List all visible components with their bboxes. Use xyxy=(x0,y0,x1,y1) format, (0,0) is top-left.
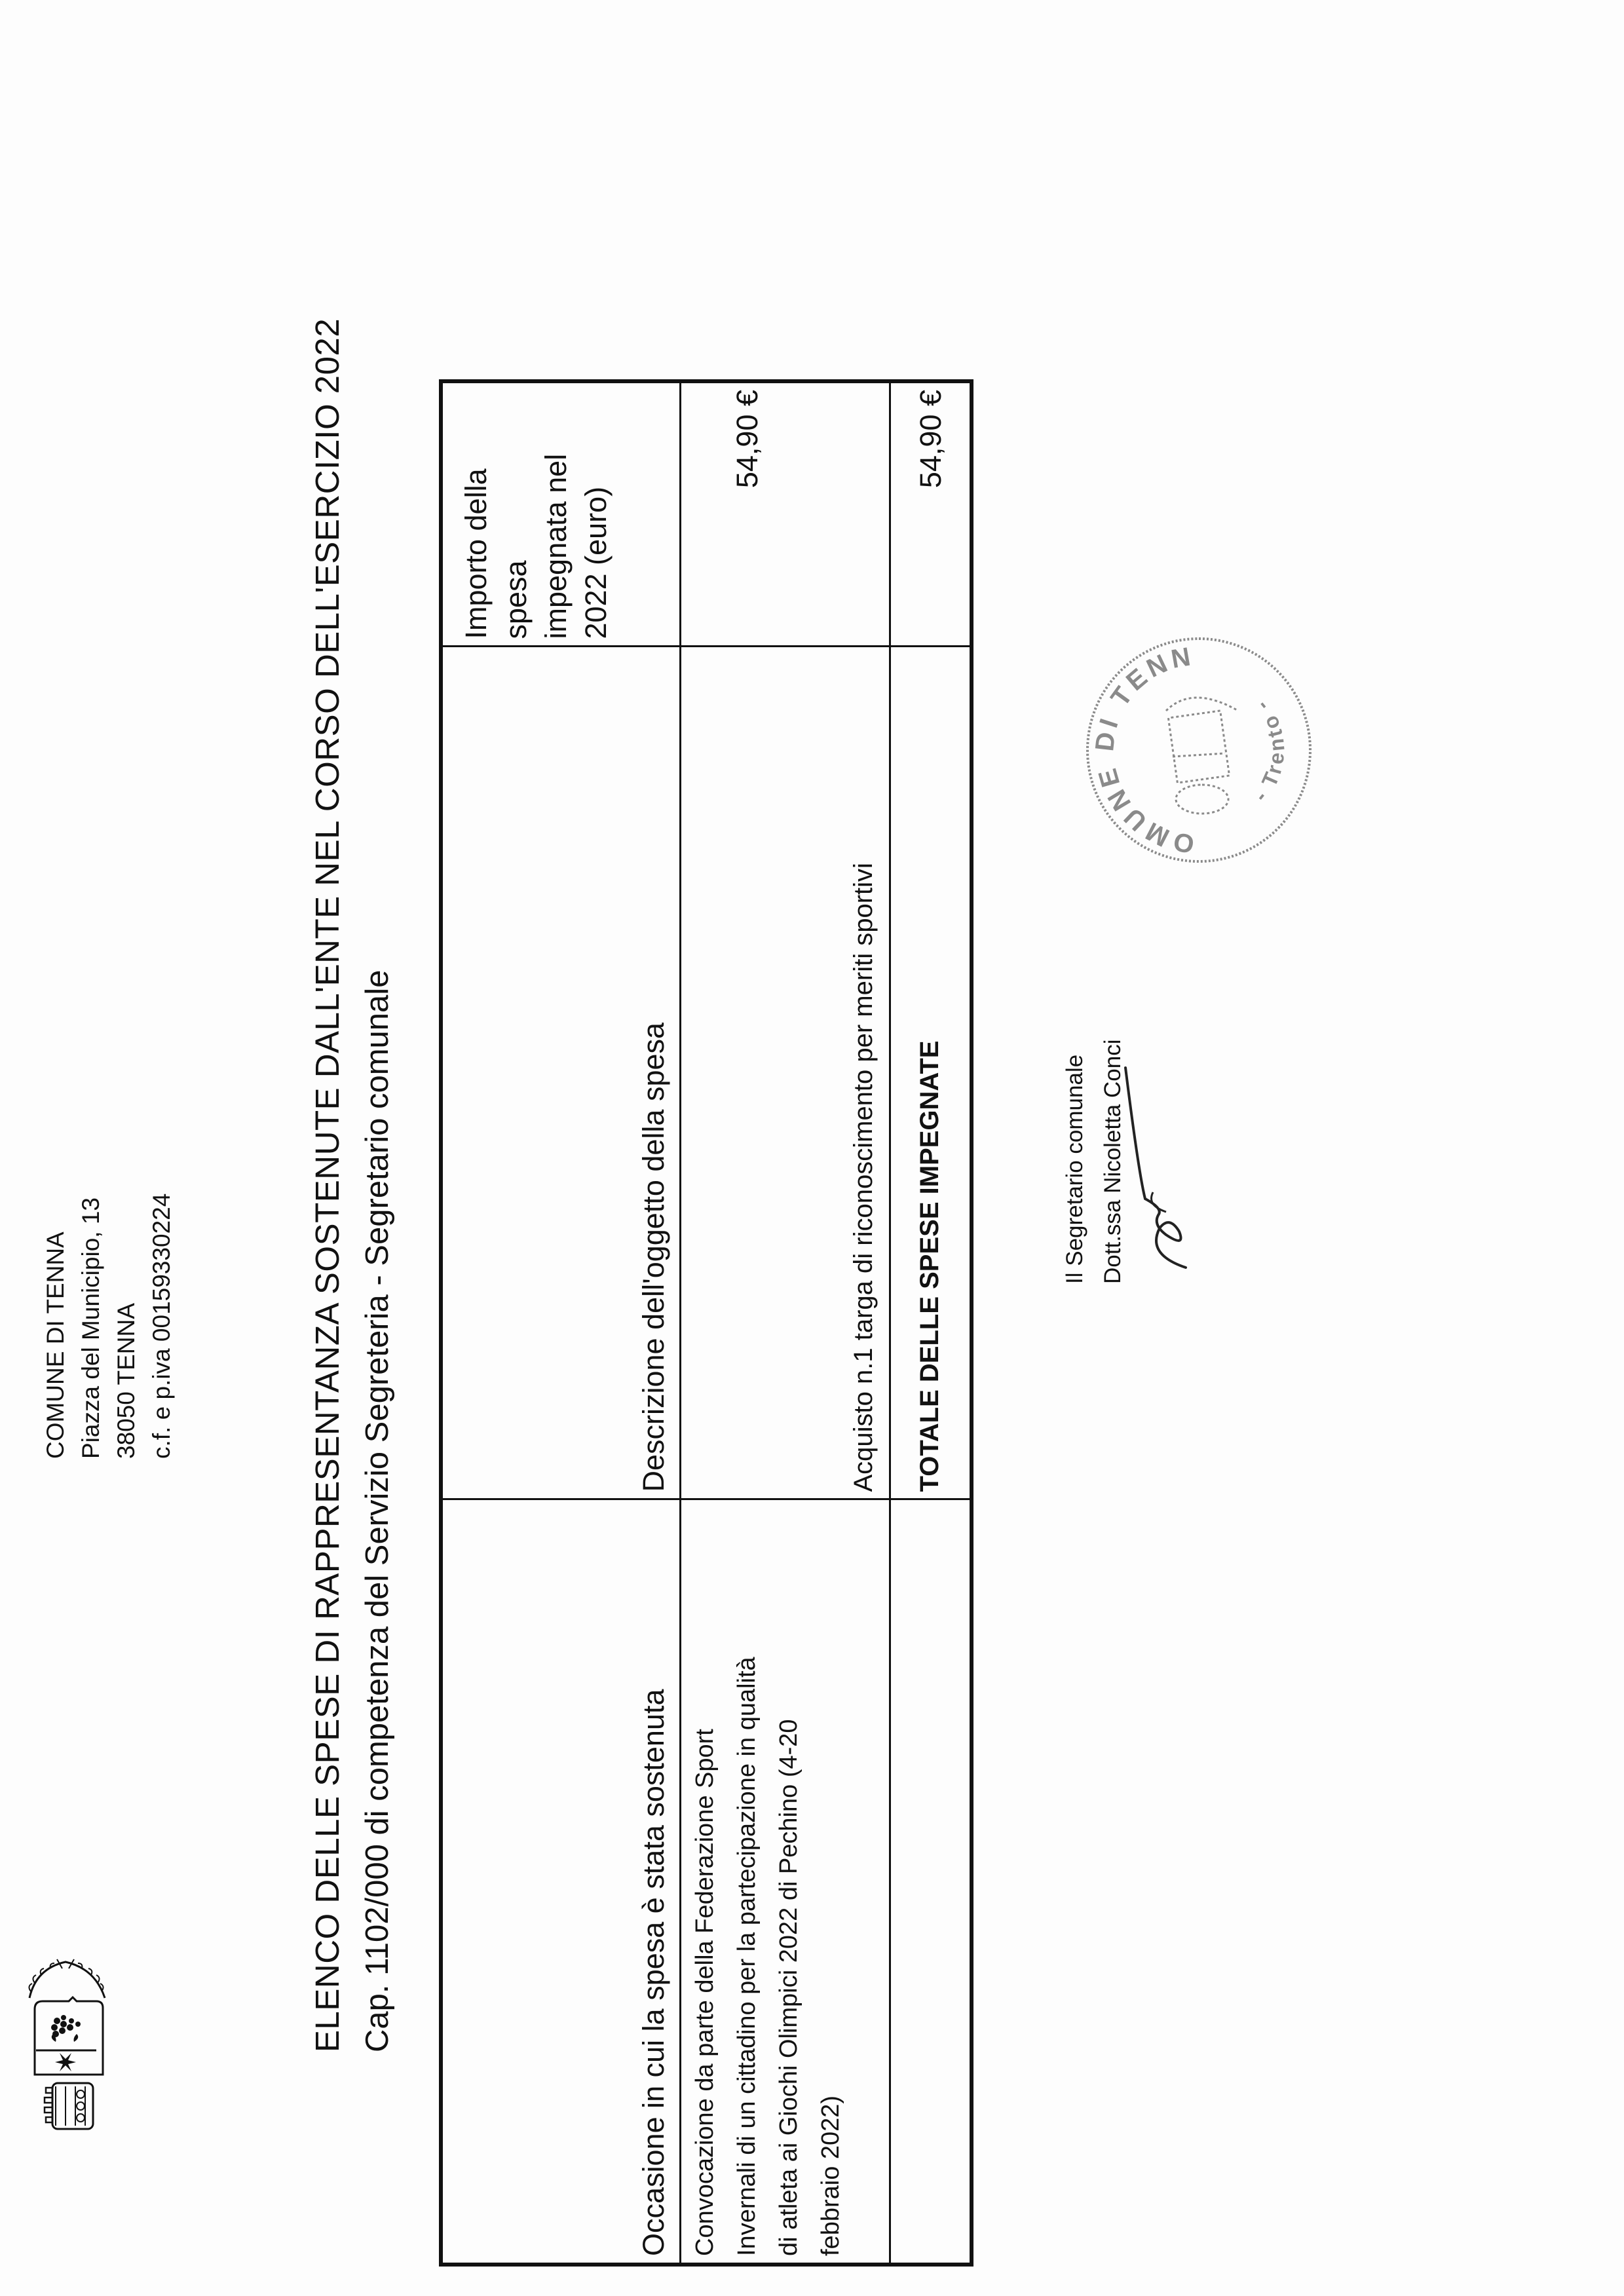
table-header-row: Occasione in cui la spesa è stata sosten… xyxy=(441,381,680,2265)
total-row: TOTALE DELLE SPESE IMPEGNATE 54,90 € xyxy=(890,381,972,2265)
svg-text:COMUNE DI TENNA: COMUNE DI TENNA xyxy=(1074,641,1196,875)
occasion-line: di atleta ai Giochi Olimpici 2022 di Pec… xyxy=(768,1507,810,2257)
total-empty-cell xyxy=(890,1499,972,2265)
address-block: COMUNE DI TENNA Piazza del Municipio, 13… xyxy=(38,1194,179,1459)
amount-cell: 54,90 € xyxy=(680,381,890,647)
column-header-description: Descrizione dell'oggetto della spesa xyxy=(441,647,680,1499)
document-subtitle: Cap. 1102/000 di competenza del Servizio… xyxy=(359,970,396,2052)
tax-code: c.f. e p.iva 00159330224 xyxy=(144,1194,179,1459)
handwritten-signature-icon xyxy=(1114,1058,1192,1274)
occasion-line: Invernali di un cittadino per la parteci… xyxy=(726,1507,768,2257)
occasion-line: Convocazione da parte della Federazione … xyxy=(684,1507,726,2257)
svg-text:- Trento -: - Trento - xyxy=(1249,694,1289,806)
expenses-table: Occasione in cui la spesa è stata sosten… xyxy=(439,379,973,2267)
amount-header-line: impegnata nel xyxy=(536,390,576,639)
amount-header-line: Importo della xyxy=(456,390,496,639)
description-cell: Acquisto n.1 targa di riconoscimento per… xyxy=(680,647,890,1499)
stamp-text-bottom: - Trento - xyxy=(1249,694,1289,806)
occasion-cell: Convocazione da parte della Federazione … xyxy=(680,1499,890,2265)
document-title: ELENCO DELLE SPESE DI RAPPRESENTANZA SOS… xyxy=(308,318,347,2052)
amount-header-line: spesa xyxy=(496,390,536,639)
street-address: Piazza del Municipio, 13 xyxy=(73,1194,109,1459)
signatory-role: Il Segretario comunale xyxy=(1056,1040,1094,1284)
total-amount: 54,90 € xyxy=(890,381,972,647)
entity-name: COMUNE DI TENNA xyxy=(38,1194,73,1459)
rotated-content: COMUNE DI TENNA Piazza del Municipio, 13… xyxy=(0,0,1624,2296)
column-header-amount: Importo della spesa impegnata nel 2022 (… xyxy=(441,381,680,647)
occasion-line: febbraio 2022) xyxy=(810,1507,852,2257)
amount-header-line: 2022 (euro) xyxy=(576,390,616,639)
total-label: TOTALE DELLE SPESE IMPEGNATE xyxy=(890,647,972,1499)
column-header-occasion: Occasione in cui la spesa è stata sosten… xyxy=(441,1499,680,2265)
stamp-text-top: COMUNE DI TENNA xyxy=(1074,641,1196,875)
postal-city: 38050 TENNA xyxy=(109,1194,144,1459)
table-row: Convocazione da parte della Federazione … xyxy=(680,381,890,2265)
document-page: COMUNE DI TENNA Piazza del Municipio, 13… xyxy=(0,0,1624,2296)
official-stamp-icon: COMUNE DI TENNA - Trento - xyxy=(1074,626,1323,875)
coat-of-arms-icon xyxy=(23,1955,111,2132)
